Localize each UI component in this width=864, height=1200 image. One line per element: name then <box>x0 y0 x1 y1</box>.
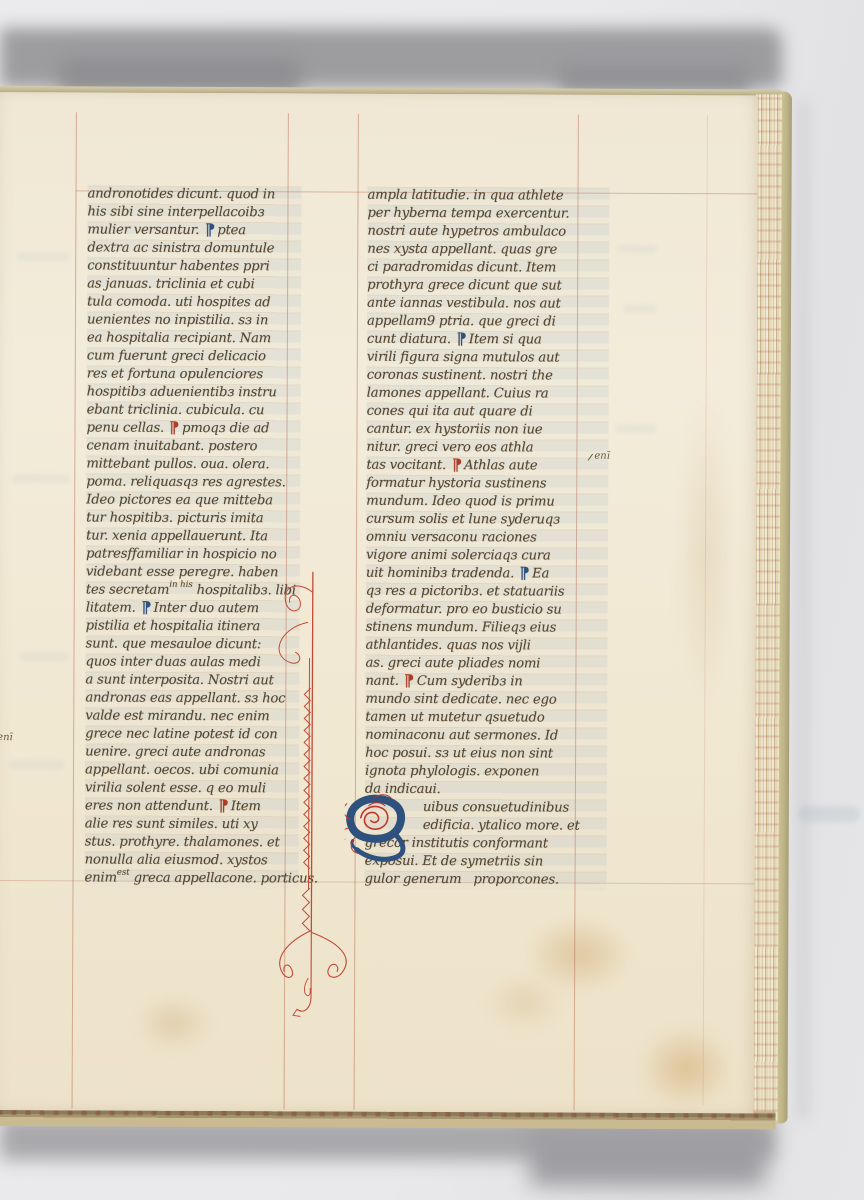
parchment-stain <box>639 1025 734 1110</box>
illuminated-initial-Q <box>345 794 411 882</box>
photograph-of-manuscript: andronotides dicunt. quod inhis sibi sin… <box>0 0 864 1200</box>
parchment-page: andronotides dicunt. quod inhis sibi sin… <box>0 92 758 1113</box>
bottom-shadow-blob <box>530 1128 765 1186</box>
capitulum-mark-red: ¶ <box>219 799 229 813</box>
text-line: virili figura signa mutulos aut <box>367 349 609 368</box>
text-line: nes xysta appellant. quas gre <box>367 241 609 260</box>
text-line: mundo sint dedicate. nec ego <box>365 691 607 710</box>
text-line: tas vocitant. ¶Athlas aute <box>366 457 608 476</box>
text-line: tula comoda. uti hospites ad <box>87 293 301 312</box>
text-line: ebant triclinia. cubicula. cu <box>87 401 301 420</box>
text-line: penu cellas. ¶pmoqз die ad <box>86 419 300 438</box>
text-line: nitur. greci vero eos athla <box>366 439 608 458</box>
text-line: andronotides dicunt. quod in <box>87 185 301 204</box>
capitulum-mark-blue: ¶ <box>520 566 530 580</box>
capitulum-mark-blue: ¶ <box>205 223 215 237</box>
show-through-mark <box>617 245 657 253</box>
text-line: dextra ac sinistra domuntule <box>87 239 301 258</box>
interlinear-addition: est <box>117 868 130 878</box>
capitulum-mark-red: ¶ <box>452 458 462 472</box>
ruling-line-vertical <box>72 112 77 1108</box>
text-line: res et fortuna opulenciores <box>87 365 301 384</box>
text-line: hospitibз aduenientibз instru <box>87 383 301 402</box>
parchment-stain <box>134 993 214 1053</box>
text-line: nostri aute hypetros ambulaco <box>367 223 609 242</box>
text-line: cones qui ita aut quare di <box>367 403 609 422</box>
capitulum-mark-blue: ¶ <box>141 601 151 615</box>
text-line: ci paradromidas dicunt. Item <box>367 259 609 278</box>
text-line: uenientes no inpistilia. sз in <box>87 311 301 330</box>
text-line: as januas. triclinia et cubi <box>87 275 301 294</box>
text-line: mundum. Ideo quod is primu <box>366 493 608 512</box>
text-line: tamen ut mutetur qsuetudo <box>365 709 607 728</box>
show-through-mark <box>19 652 69 661</box>
margin-note-left: enī <box>0 732 13 743</box>
text-line: cantur. ex hystoriis non iue <box>366 421 608 440</box>
text-line: omniu versaconu raciones <box>366 529 608 548</box>
background-smudge <box>798 806 860 822</box>
text-line: per hyberna tempa exercentur. <box>367 205 609 224</box>
text-line: mittebant pullos. oua. olera. <box>86 455 300 474</box>
text-line: cum fuerunt greci delicacio <box>87 347 301 366</box>
text-line: tur hospitibз. picturis imita <box>86 509 300 528</box>
text-line: nant. ¶Cum syderibз in <box>365 673 607 692</box>
show-through-mark <box>623 305 657 313</box>
capitulum-mark-red: ¶ <box>170 421 180 435</box>
text-line: nominaconu aut sermones. Id <box>365 727 607 746</box>
text-line: Ideo pictores ea que mitteba <box>86 491 300 510</box>
text-line: tur. xenia appellauerunt. Ita <box>86 527 300 546</box>
right-shadow <box>796 100 810 1120</box>
text-line: as. greci aute pliades nomi <box>365 655 607 674</box>
text-line: mulier versantur. ¶ptea <box>87 221 301 240</box>
text-line: coronas sustinent. nostri the <box>367 367 609 386</box>
text-line: uit hominibз tradenda. ¶Ea <box>366 565 608 584</box>
text-line: cenam inuitabant. postero <box>86 437 300 456</box>
text-line: ampla latitudie. in qua athlete <box>367 187 609 206</box>
capitulum-mark-blue: ¶ <box>457 332 467 346</box>
text-line: cursum solis et lune syderuqз <box>366 511 608 530</box>
text-line: ignota phylologis. exponen <box>365 763 607 782</box>
text-line: poma. reliquasqз res agrestes. <box>86 473 300 492</box>
open-book: andronotides dicunt. quod inhis sibi sin… <box>0 86 792 1129</box>
text-line: constituuntur habentes ppri <box>87 257 301 276</box>
text-line: qз res a pictoribз. et statuariis <box>366 583 608 602</box>
show-through-mark <box>9 760 65 769</box>
text-line: lamones appellant. Cuius ra <box>367 385 609 404</box>
text-line: hoc posui. sз ut eius non sint <box>365 745 607 764</box>
text-line: vigore animi solerciaqз cura <box>366 547 608 566</box>
show-through-mark <box>12 474 70 483</box>
text-line: prothyra grece dicunt que sut <box>367 277 609 296</box>
text-line: appellam9 ptria. que greci di <box>367 313 609 332</box>
text-line: his sibi sine interpellacoibз <box>87 203 301 222</box>
text-line: athlantides. quas nos vijli <box>366 637 608 656</box>
parchment-stain <box>484 972 564 1032</box>
text-column-right: ampla latitudie. in qua athleteper hyber… <box>365 187 610 890</box>
text-line: stinens mundum. Filieqз eius <box>366 619 608 638</box>
text-line: ea hospitalia recipiant. Nam <box>87 329 301 348</box>
text-line: ante iannas vestibula. nos aut <box>367 295 609 314</box>
show-through-mark <box>17 252 69 261</box>
margin-note-right: enī <box>594 451 610 462</box>
capitulum-mark-red: ¶ <box>405 674 415 688</box>
show-through-mark <box>614 425 656 433</box>
text-line: formatur hystoria sustinens <box>366 475 608 494</box>
text-line: cunt diatura. ¶Item si qua <box>367 331 609 350</box>
interlinear-addition: in his <box>169 580 192 590</box>
text-line: deformatur. pro eo busticio su <box>366 601 608 620</box>
